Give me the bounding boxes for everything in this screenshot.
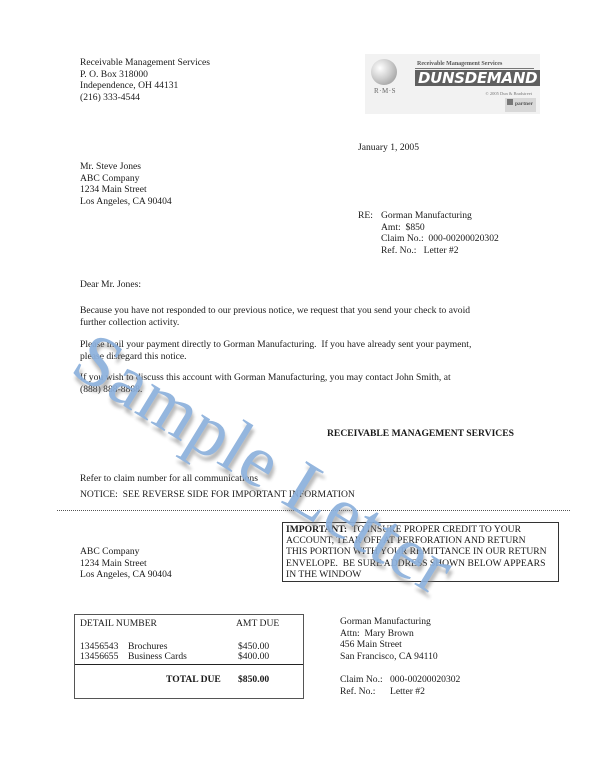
recipient-name: Mr. Steve Jones — [80, 161, 172, 173]
company-logo: R·M·S Receivable Management Services DUN… — [365, 54, 540, 114]
recipient-city: Los Angeles, CA 90404 — [80, 196, 172, 208]
logo-brand: DUNSDEMAND — [415, 70, 540, 86]
detail-amount: $400.00 — [238, 651, 269, 663]
important-text: IN THE WINDOW — [286, 569, 556, 580]
claim-label: Claim No.: — [340, 674, 390, 686]
detail-number: 13456655 — [80, 651, 118, 663]
paragraph-line: Please mail your payment directly to Gor… — [80, 339, 500, 351]
column-header-detail-number: DETAIL NUMBER — [80, 618, 157, 630]
remit-reference: Claim No.:000-00200020302 Ref. No.:Lette… — [340, 674, 460, 697]
remit-to-address: Gorman Manufacturing Attn: Mary Brown 45… — [340, 616, 438, 662]
important-text: ENVELOPE. BE SURE ADDRESS SHOWN BELOW AP… — [286, 558, 556, 569]
sender-address: Receivable Management Services P. O. Box… — [80, 57, 210, 103]
ref-value: Letter #2 — [390, 686, 425, 697]
letter-date: January 1, 2005 — [358, 142, 419, 154]
important-text: TO INSURE PROPER CREDIT TO YOUR — [347, 524, 521, 535]
payer-city: Los Angeles, CA 90404 — [80, 569, 172, 581]
detail-description: Business Cards — [128, 651, 187, 663]
recipient-address: Mr. Steve Jones ABC Company 1234 Main St… — [80, 161, 172, 207]
total-divider — [75, 664, 303, 665]
important-label: IMPORTANT: — [286, 524, 347, 535]
remit-attention: Attn: Mary Brown — [340, 628, 438, 640]
recipient-company: ABC Company — [80, 173, 172, 185]
perforation-line — [57, 510, 570, 511]
re-amount: Amt: $850 — [381, 222, 499, 234]
total-due-label: TOTAL DUE — [166, 674, 221, 686]
paragraph-line: further collection activity. — [80, 317, 500, 329]
important-text: ACCOUNT, TEAR OFF AT PERFORATION AND RET… — [286, 535, 556, 546]
paragraph-line: (888) 888-8888. — [80, 384, 500, 396]
total-due-amount: $850.00 — [238, 674, 269, 686]
remit-street: 456 Main Street — [340, 639, 438, 651]
sender-city: Independence, OH 44131 — [80, 80, 210, 92]
rms-label: R·M·S — [369, 86, 401, 98]
sender-po-box: P. O. Box 318000 — [80, 69, 210, 81]
remit-city: San Francisco, CA 94110 — [340, 651, 438, 663]
refer-claim-note: Refer to claim number for all communicat… — [80, 473, 258, 485]
reverse-side-notice: NOTICE: SEE REVERSE SIDE FOR IMPORTANT I… — [80, 489, 355, 501]
paragraph-line: Because you have not responded to our pr… — [80, 305, 500, 317]
important-text: THIS PORTION WITH YOUR REMITTANCE IN OUR… — [286, 546, 556, 557]
paragraph-line: please disregard this notice. — [80, 351, 500, 363]
remit-company: Gorman Manufacturing — [340, 616, 438, 628]
sender-name: Receivable Management Services — [80, 57, 210, 69]
body-paragraph: If you wish to discuss this account with… — [80, 372, 500, 395]
re-company: Gorman Manufacturing — [381, 210, 499, 222]
sender-phone: (216) 333-4544 — [80, 92, 210, 104]
payer-address: ABC Company 1234 Main Street Los Angeles… — [80, 546, 172, 581]
paragraph-line: If you wish to discuss this account with… — [80, 372, 500, 384]
body-paragraph: Please mail your payment directly to Gor… — [80, 339, 500, 362]
important-notice-box: IMPORTANT: TO INSURE PROPER CREDIT TO YO… — [282, 522, 559, 582]
detail-table: DETAIL NUMBER AMT DUE 13456543 Brochures… — [74, 614, 304, 699]
ref-label: Ref. No.: — [340, 686, 390, 698]
salutation: Dear Mr. Jones: — [80, 279, 141, 291]
signature: RECEIVABLE MANAGEMENT SERVICES — [327, 428, 514, 440]
claim-value: 000-00200020302 — [390, 674, 460, 685]
re-claim-number: Claim No.: 000-00200020302 — [381, 233, 499, 245]
re-ref-number: Ref. No.: Letter #2 — [381, 245, 499, 257]
globe-icon — [371, 59, 397, 85]
body-paragraph: Because you have not responded to our pr… — [80, 305, 500, 328]
re-label: RE: — [358, 210, 373, 222]
payer-street: 1234 Main Street — [80, 558, 172, 570]
recipient-street: 1234 Main Street — [80, 184, 172, 196]
column-header-amount-due: AMT DUE — [236, 618, 279, 630]
payer-company: ABC Company — [80, 546, 172, 558]
partner-badge: partner — [505, 98, 536, 112]
